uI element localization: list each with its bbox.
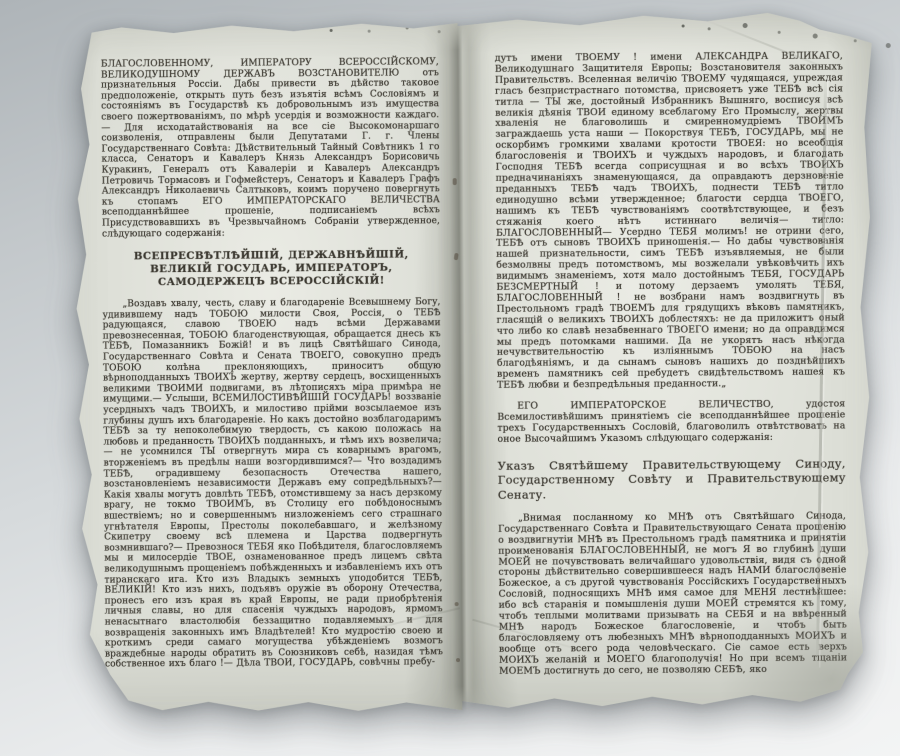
left-paragraph-intro: БЛАГОСЛОВЕННОМУ, ИМПЕРАТОРУ ВСЕРОССІЙСКО… — [101, 57, 440, 239]
torn-edge-specks-left — [330, 29, 333, 32]
binding-stitch — [456, 658, 460, 662]
binding-stitch — [455, 602, 459, 606]
photo-background: БЛАГОСЛОВЕННОМУ, ИМПЕРАТОРУ ВСЕРОССІЙСКО… — [0, 0, 900, 756]
right-paragraph-ukaz-text: „Внимая посланному ко МНѢ отъ Святѣйшаго… — [498, 511, 847, 677]
left-address-heading: ВСЕПРЕСВѢТЛѢЙШІЙ, ДЕРЖАВНѢЙШІЙ, ВЕЛИКІЙ … — [102, 248, 440, 289]
binding-stitch — [453, 178, 457, 185]
page-left: БЛАГОСЛОВЕННОМУ, ИМПЕРАТОРУ ВСЕРОССІЙСКО… — [62, 10, 463, 731]
left-paragraph-petition: „Воздавъ хвалу, честь, славу и благодаре… — [103, 297, 444, 670]
ukaz-heading: Указъ Святѣйшему Правительствующему Сино… — [498, 456, 846, 502]
document-spread: БЛАГОСЛОВЕННОМУ, ИМПЕРАТОРУ ВСЕРОССІЙСКО… — [62, 7, 879, 731]
page-right: дутъ имени ТВОЕМУ ! имени АЛЕКСАНДРА ВЕЛ… — [457, 7, 878, 728]
torn-edge-specks-right — [682, 24, 685, 27]
right-paragraph-petition-continued: дутъ имени ТВОЕМУ ! имени АЛЕКСАНДРА ВЕЛ… — [495, 51, 845, 392]
right-page-text-column: дутъ имени ТВОЕМУ ! имени АЛЕКСАНДРА ВЕЛ… — [495, 51, 847, 677]
right-paragraph-imperial-response: ЕГО ИМПЕРАТОРСКОЕ ВЕЛИЧЕСТВО, удостоя Вс… — [497, 399, 845, 445]
left-page-text-column: БЛАГОСЛОВЕННОМУ, ИМПЕРАТОРУ ВСЕРОССІЙСКО… — [101, 57, 443, 670]
